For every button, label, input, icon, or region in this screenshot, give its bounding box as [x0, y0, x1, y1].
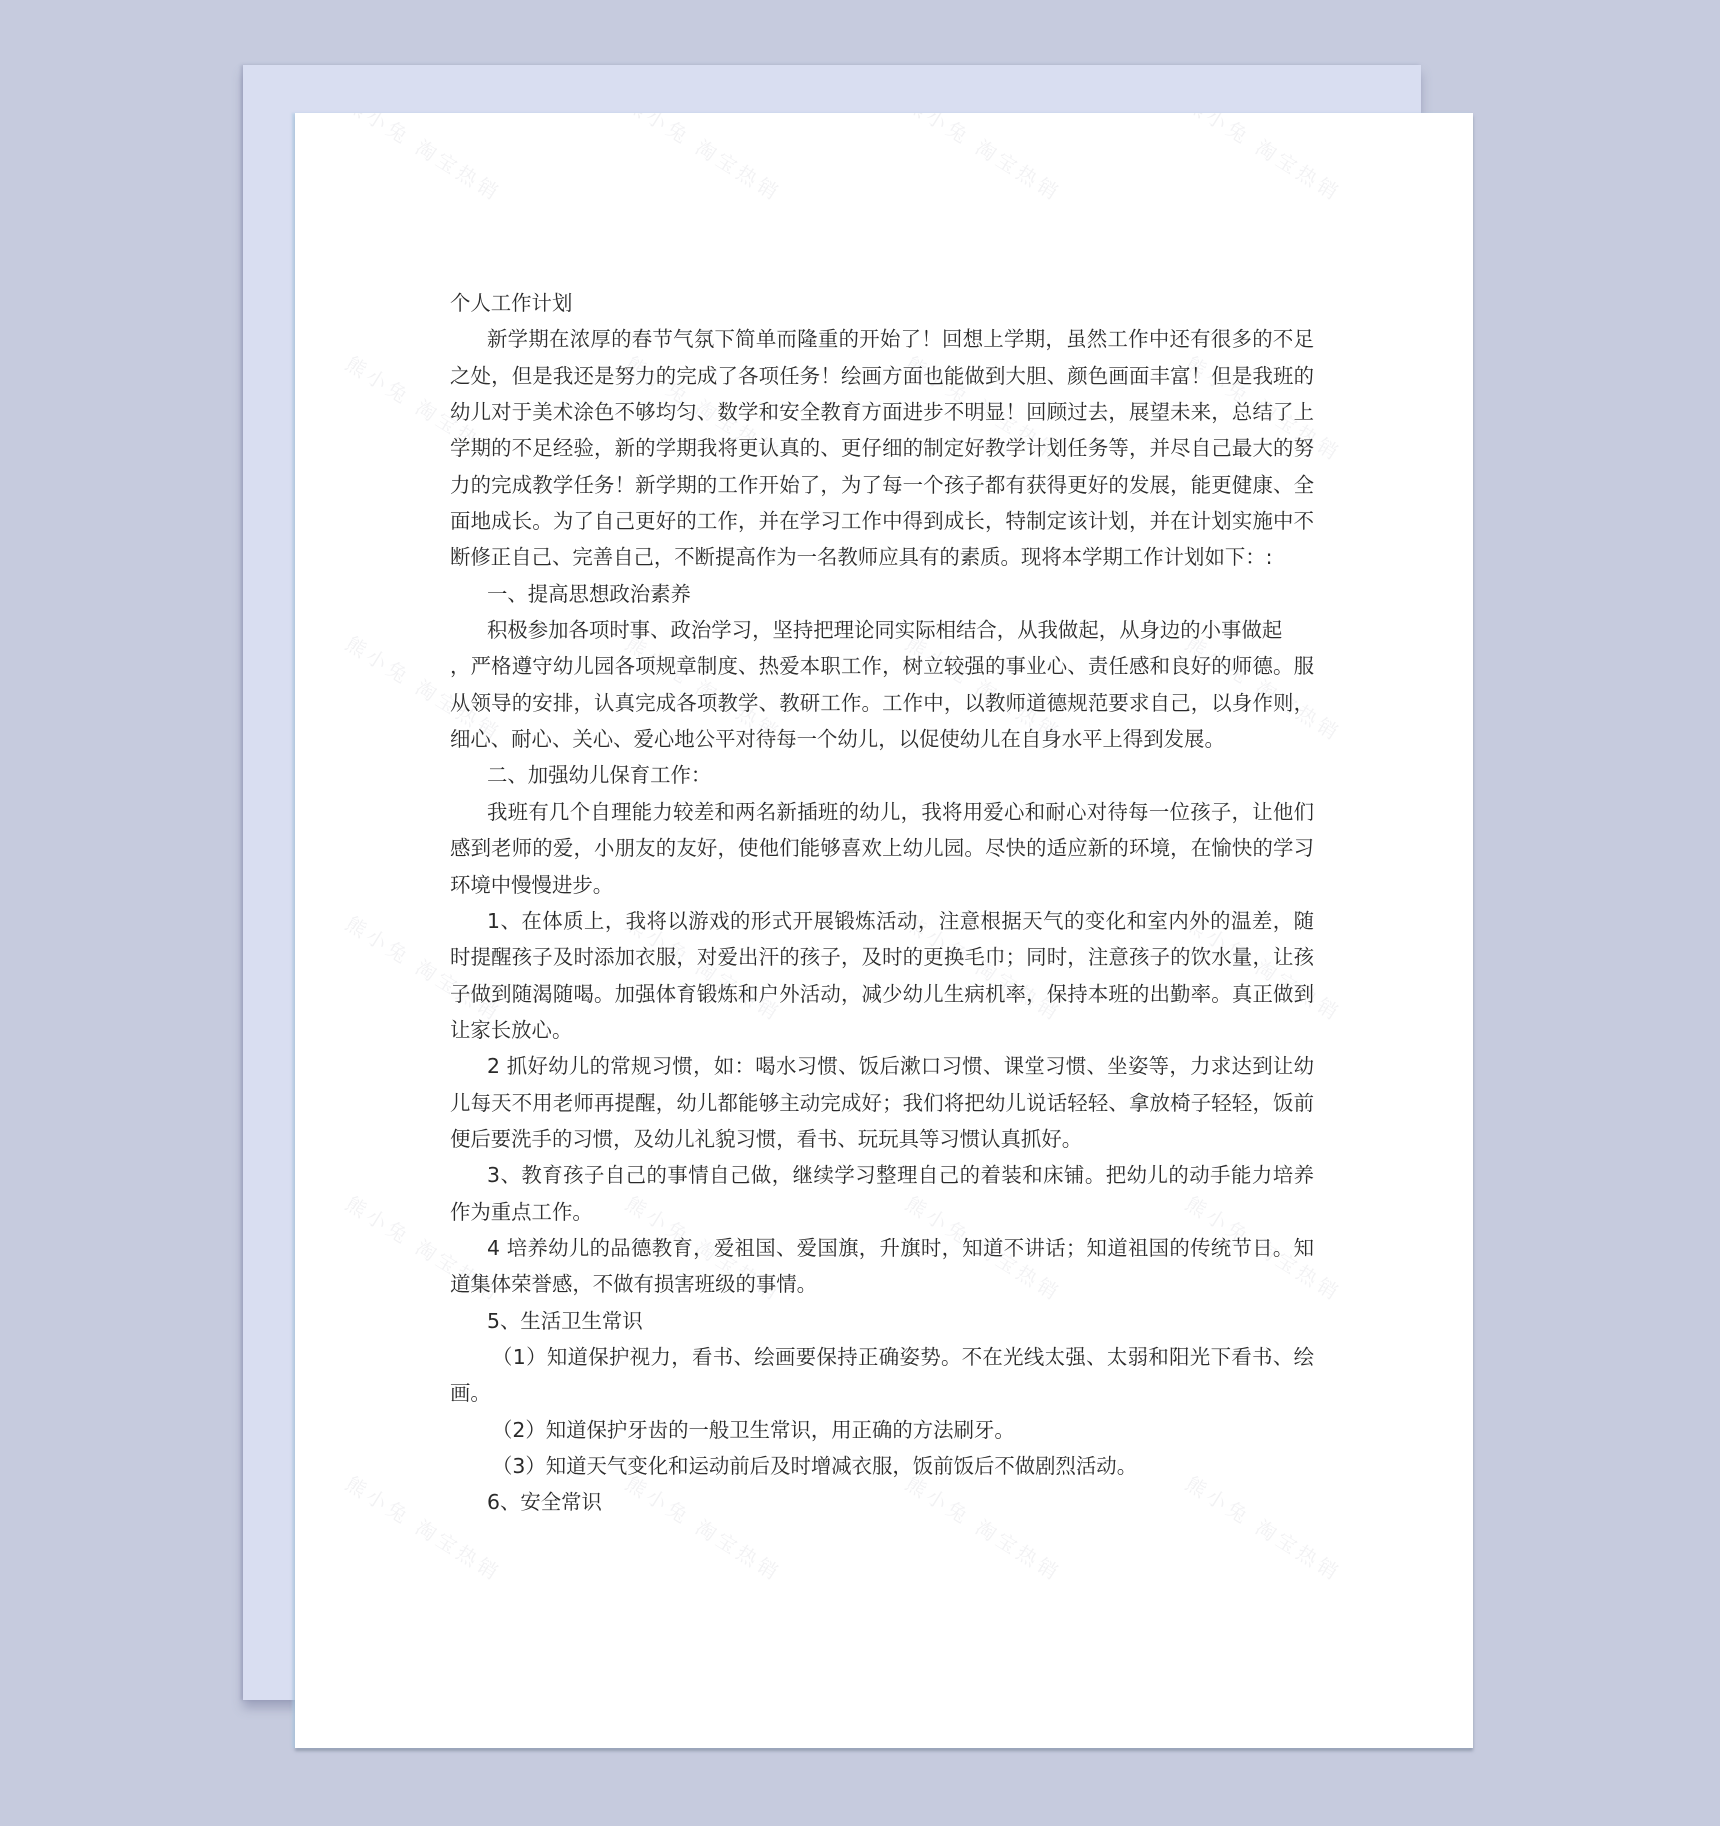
watermark: 熊小兔 淘宝热销: [341, 113, 508, 207]
paragraph-section-1-b: ，严格遵守幼儿园各项规章制度、热爱本职工作，树立较强的事业心、责任感和良好的师德…: [450, 648, 1314, 757]
list-item-1: 1、在体质上，我将以游戏的形式开展锻炼活动，注意根据天气的变化和室内外的温差，随…: [450, 903, 1314, 1048]
sub-item-5-1: （1）知道保护视力，看书、绘画要保持正确姿势。不在光线太强、太弱和阳光下看书、绘…: [450, 1339, 1314, 1412]
document-page: 熊小兔 淘宝热销 熊小兔 淘宝热销 熊小兔 淘宝热销 熊小兔 淘宝热销 熊小兔 …: [295, 113, 1473, 1748]
paragraph-section-2: 我班有几个自理能力较差和两名新插班的幼儿，我将用爱心和耐心对待每一位孩子，让他们…: [450, 794, 1314, 903]
watermark: 熊小兔 淘宝热销: [1181, 113, 1348, 207]
watermark: 熊小兔 淘宝热销: [901, 113, 1068, 207]
section-heading-2: 二、加强幼儿保育工作：: [450, 757, 1314, 793]
paragraph-intro: 新学期在浓厚的春节气氛下简单而隆重的开始了！回想上学期，虽然工作中还有很多的不足…: [450, 321, 1314, 575]
list-item-5: 5、生活卫生常识: [450, 1303, 1314, 1339]
paragraph-section-1-a: 积极参加各项时事、政治学习，坚持把理论同实际相结合，从我做起，从身边的小事做起: [450, 612, 1314, 648]
section-heading-1: 一、提高思想政治素养: [450, 576, 1314, 612]
list-item-4: 4 培养幼儿的品德教育，爱祖国、爱国旗，升旗时，知道不讲话；知道祖国的传统节日。…: [450, 1230, 1314, 1303]
sub-item-5-3: （3）知道天气变化和运动前后及时增减衣服，饭前饭后不做剧烈活动。: [450, 1448, 1314, 1484]
list-item-2: 2 抓好幼儿的常规习惯，如：喝水习惯、饭后漱口习惯、课堂习惯、坐姿等，力求达到让…: [450, 1048, 1314, 1157]
list-item-3: 3、教育孩子自己的事情自己做，继续学习整理自己的着装和床铺。把幼儿的动手能力培养…: [450, 1157, 1314, 1230]
sub-item-5-2: （2）知道保护牙齿的一般卫生常识，用正确的方法刷牙。: [450, 1412, 1314, 1448]
document-title: 个人工作计划: [450, 285, 1314, 321]
document-body: 个人工作计划 新学期在浓厚的春节气氛下简单而隆重的开始了！回想上学期，虽然工作中…: [450, 285, 1314, 1521]
list-item-6: 6、安全常识: [450, 1484, 1314, 1520]
watermark: 熊小兔 淘宝热销: [621, 113, 788, 207]
